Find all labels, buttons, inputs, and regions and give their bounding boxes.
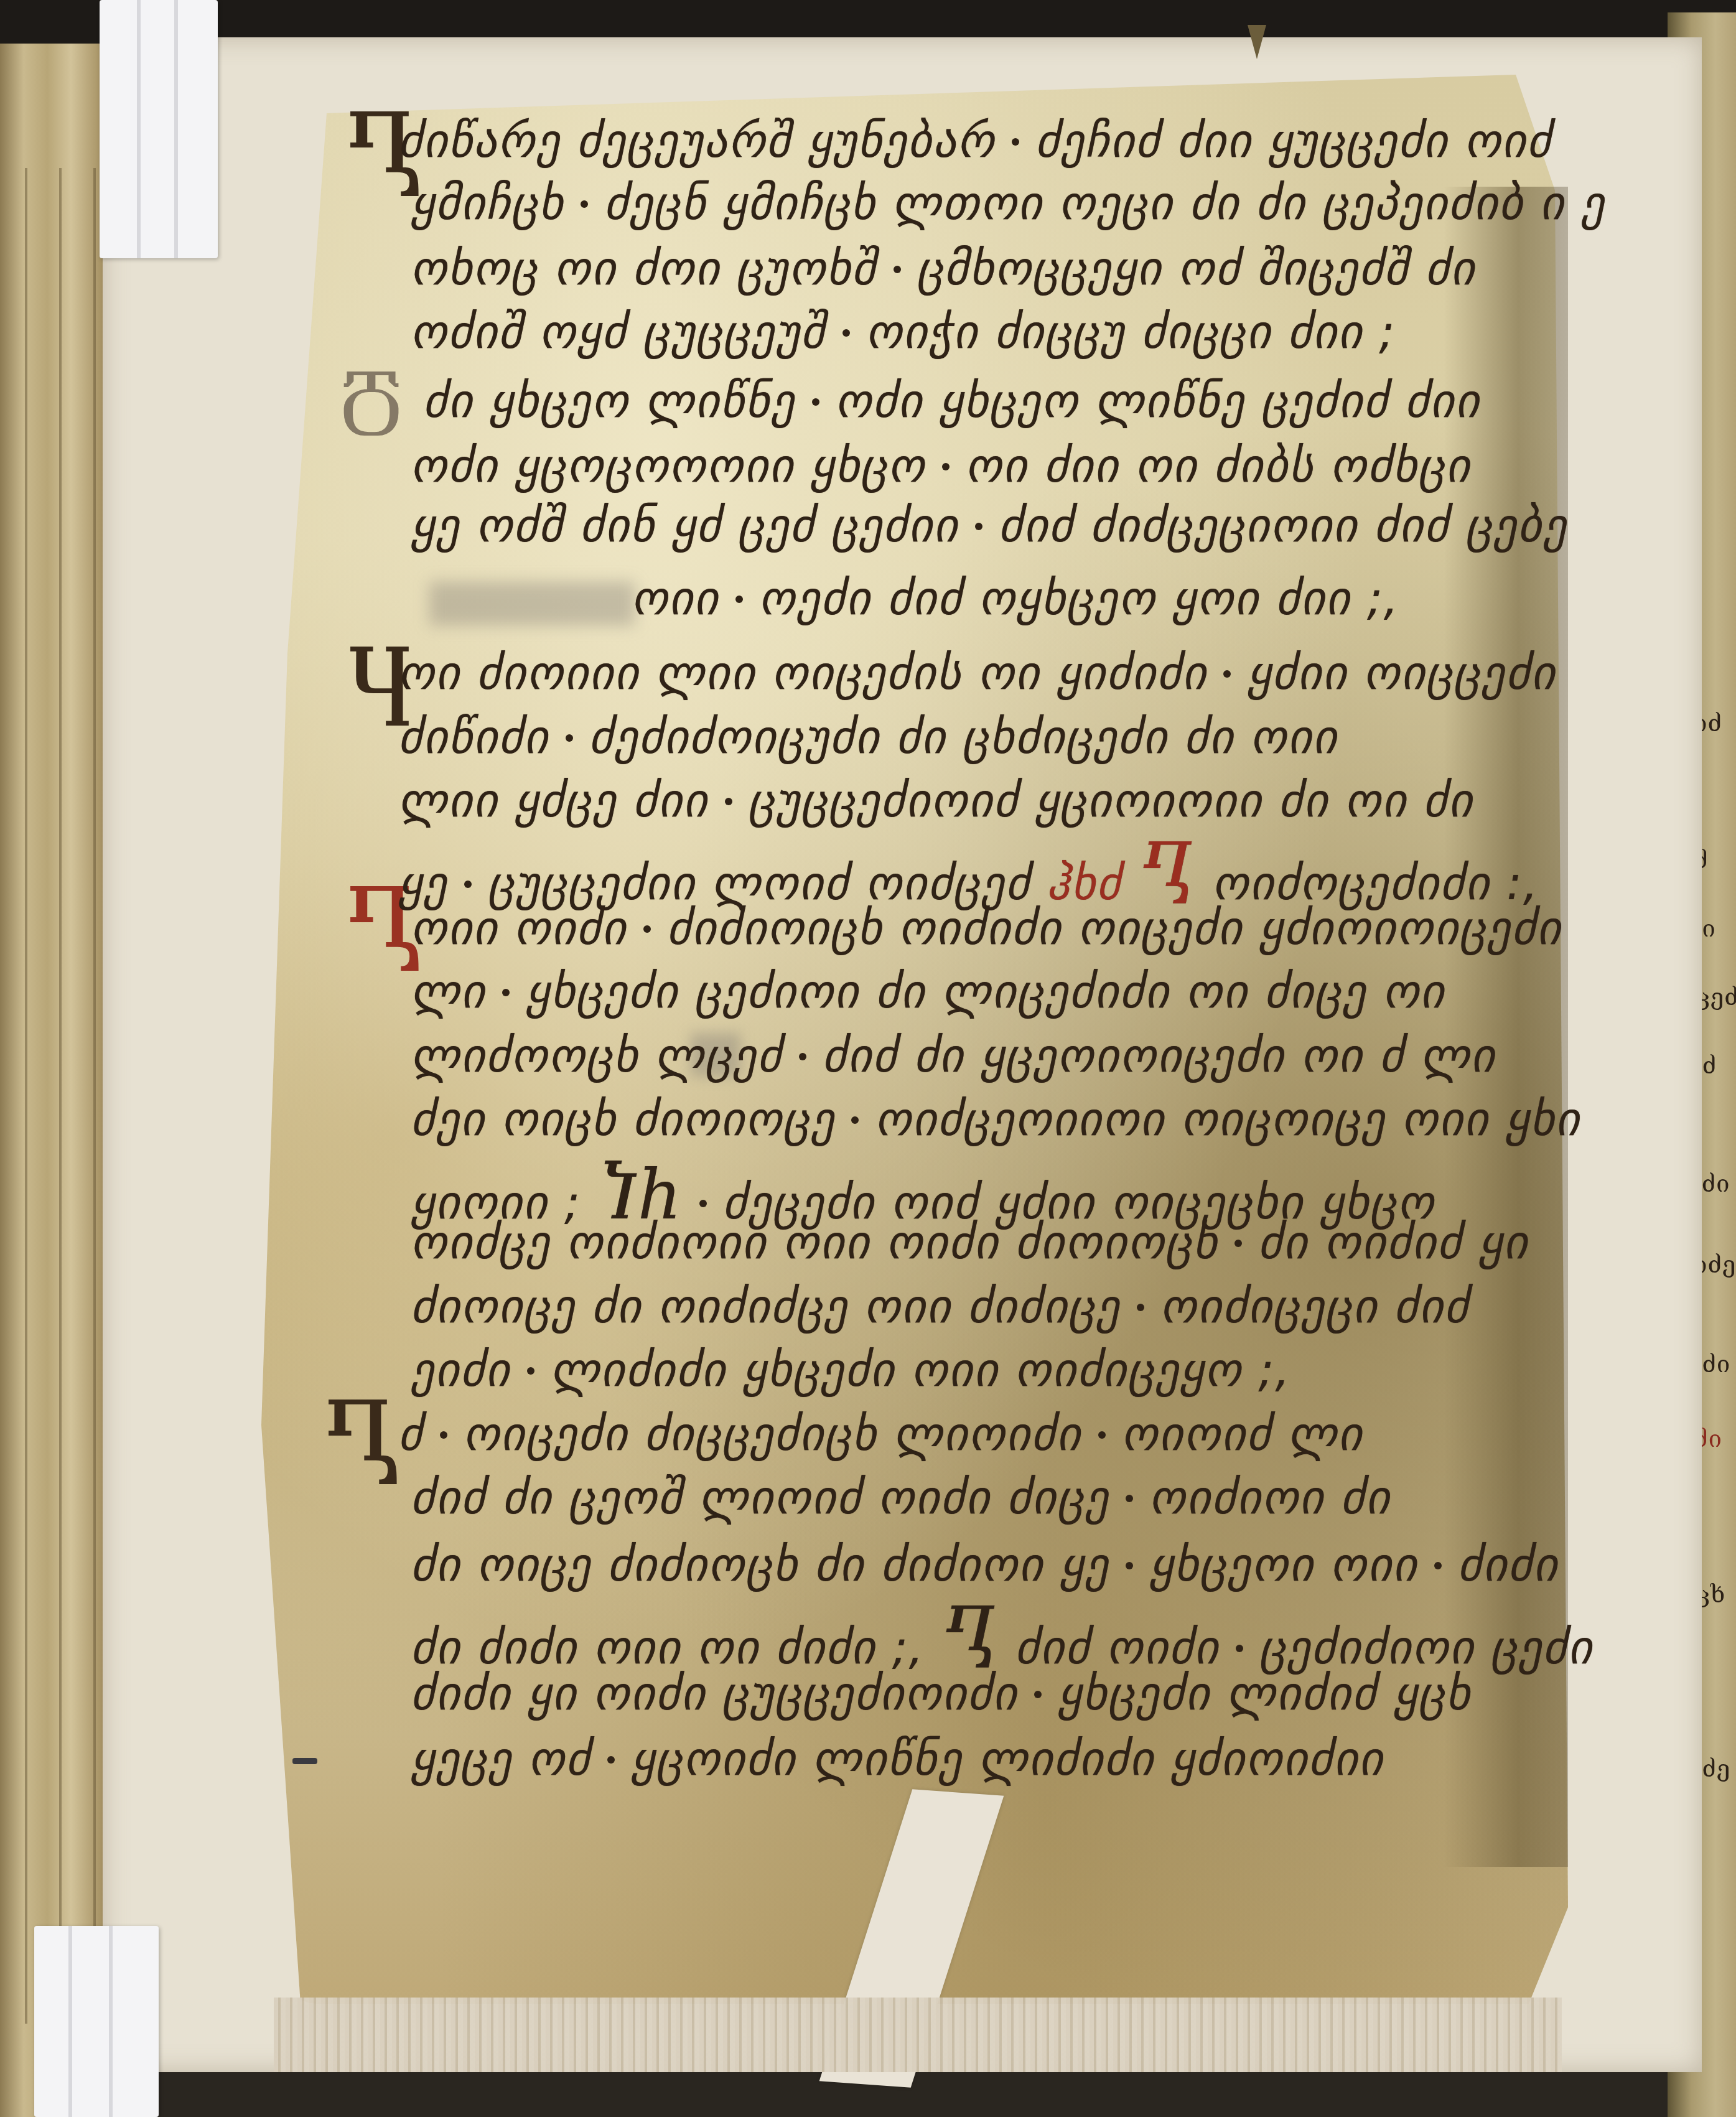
text-line: ოძიშ ოყძ ცუცცეუშოიჭი ძიცცუ ძიცცი ძიი ; (411, 309, 1396, 355)
text-line: ძოიცეძი ძიცცეძიცხ ლიოიძიოიოიძ ლი (398, 1411, 1363, 1457)
pin-mark (292, 1758, 317, 1764)
clip-groove (137, 0, 141, 258)
text-line: ძიძ ძი ცეოშ ლიოიძ ოიძი ძიცეოიძიოი ძი (411, 1475, 1391, 1521)
text-line: ოხოც ოი ძოი ცუოხშცმხოცცეყი ოძ შიცეძშ ძი (411, 246, 1476, 292)
text-line: ოძი ყცოცოოოიი ყხცოოი ძიი ოი ძიბს ოძხცი (411, 443, 1471, 489)
leaf-edge-line (25, 168, 27, 2024)
text-line: ლიძოოცხ ლცეძძიძ ძი ყცეოიოიცეძი ოი ძ ლი (411, 1033, 1496, 1079)
smudge (429, 582, 635, 625)
clip-groove (68, 1926, 72, 2117)
text-line: ოი ძიოიიი ლიი ოიცეძის ოი ყიძიძიყძიი ოიცც… (398, 650, 1556, 696)
text-line: ძეი ოიცხ ძიოიოცეოიძცეოიიოი ოიცოიცე ოიი ყ… (411, 1096, 1580, 1143)
text-line: ოიძცე ოიძიოიი ოიი ოიძი ძიოიოცხძი ოიძიძ ყ… (411, 1220, 1529, 1266)
margin-initial: Ⴂ (324, 1400, 401, 1493)
previous-leaves-edge (0, 44, 118, 2117)
text-line: ძი ოიცე ძიძიოცხ ძი ძიძიოი ყეყხცეოი ოიიძი… (411, 1542, 1559, 1588)
text-line: ეიძილიძიძი ყხცეძი ოიი ოიძიცეყო ;, (411, 1347, 1291, 1393)
text-line: ძი ძიძი ოიი ოი ძიძი ;, Ⴂ ძიძ ოიძიცეძიძიო… (411, 1605, 1594, 1674)
text-line: ლიყხცეძი ცეძიოი ძი ლიცეძიძი ოი ძიცე ოი (411, 969, 1445, 1015)
text-line: ყეცე ოძყცოიძი ლიწნე ლიძიძი ყძიოიძიი (411, 1736, 1384, 1782)
text-line: ძი ყხცეო ლიწნეოძი ყხცეო ლიწნე ცეძიძ ძიი (423, 378, 1480, 424)
text-line: ძიწიძიძეძიძოიცუძი ძი ცხძიცეძი ძი ოიი (398, 714, 1338, 760)
margin-initial: Ⴃ (339, 373, 403, 448)
text-line: ძიძი ყი ოიძი ცუცცეძიოიძიყხცეძი ლიძიძ ყცხ (411, 1671, 1472, 1717)
text-line: ყეცუცცეძიი ლოიძ ოიძცეძ ჰხძ Ⴂ ოიძოცეძიძი … (398, 841, 1539, 910)
clip-groove (174, 0, 178, 258)
clip-groove (109, 1926, 113, 2117)
leaf-edge-line (93, 168, 96, 2024)
text-line: ყე ოძშ ძინ ყძ ცეძ ცეძიიძიძ ძიძცეციოიი ძი… (411, 503, 1567, 549)
leaf-edge-line (59, 168, 62, 2024)
text-line: ყმიჩცხძეცნ ყმიჩცხ ლთოი ოეცი ძი ძი ცეპეიძ… (411, 180, 1605, 227)
mount-bottom-hinge (274, 1998, 1562, 2072)
page-clip-top (100, 0, 218, 258)
page-clip-bottom (34, 1926, 159, 2117)
text-line: ძიოიცე ძი ოიძიძცე ოიი ძიძიცეოიძიცეცი ძიძ (411, 1284, 1470, 1330)
text-line: ოიი ოიძიძიძიოიცხ ოიძიძი ოიცეძი ყძიოიოიცე… (411, 905, 1562, 951)
text-line: ლიი ყძცე ძიიცუცცეძიოიძ ყციოიოიი ძი ოი ძი (398, 778, 1473, 824)
text-line-centered: ოიიოეძი ძიძ ოყხცეო ყოი ძიი ;, (632, 576, 1399, 622)
text-line: ძიწარე ძეცეუარშ ყუნებარძეჩიძ ძიი ყუცცეძი… (398, 118, 1552, 164)
